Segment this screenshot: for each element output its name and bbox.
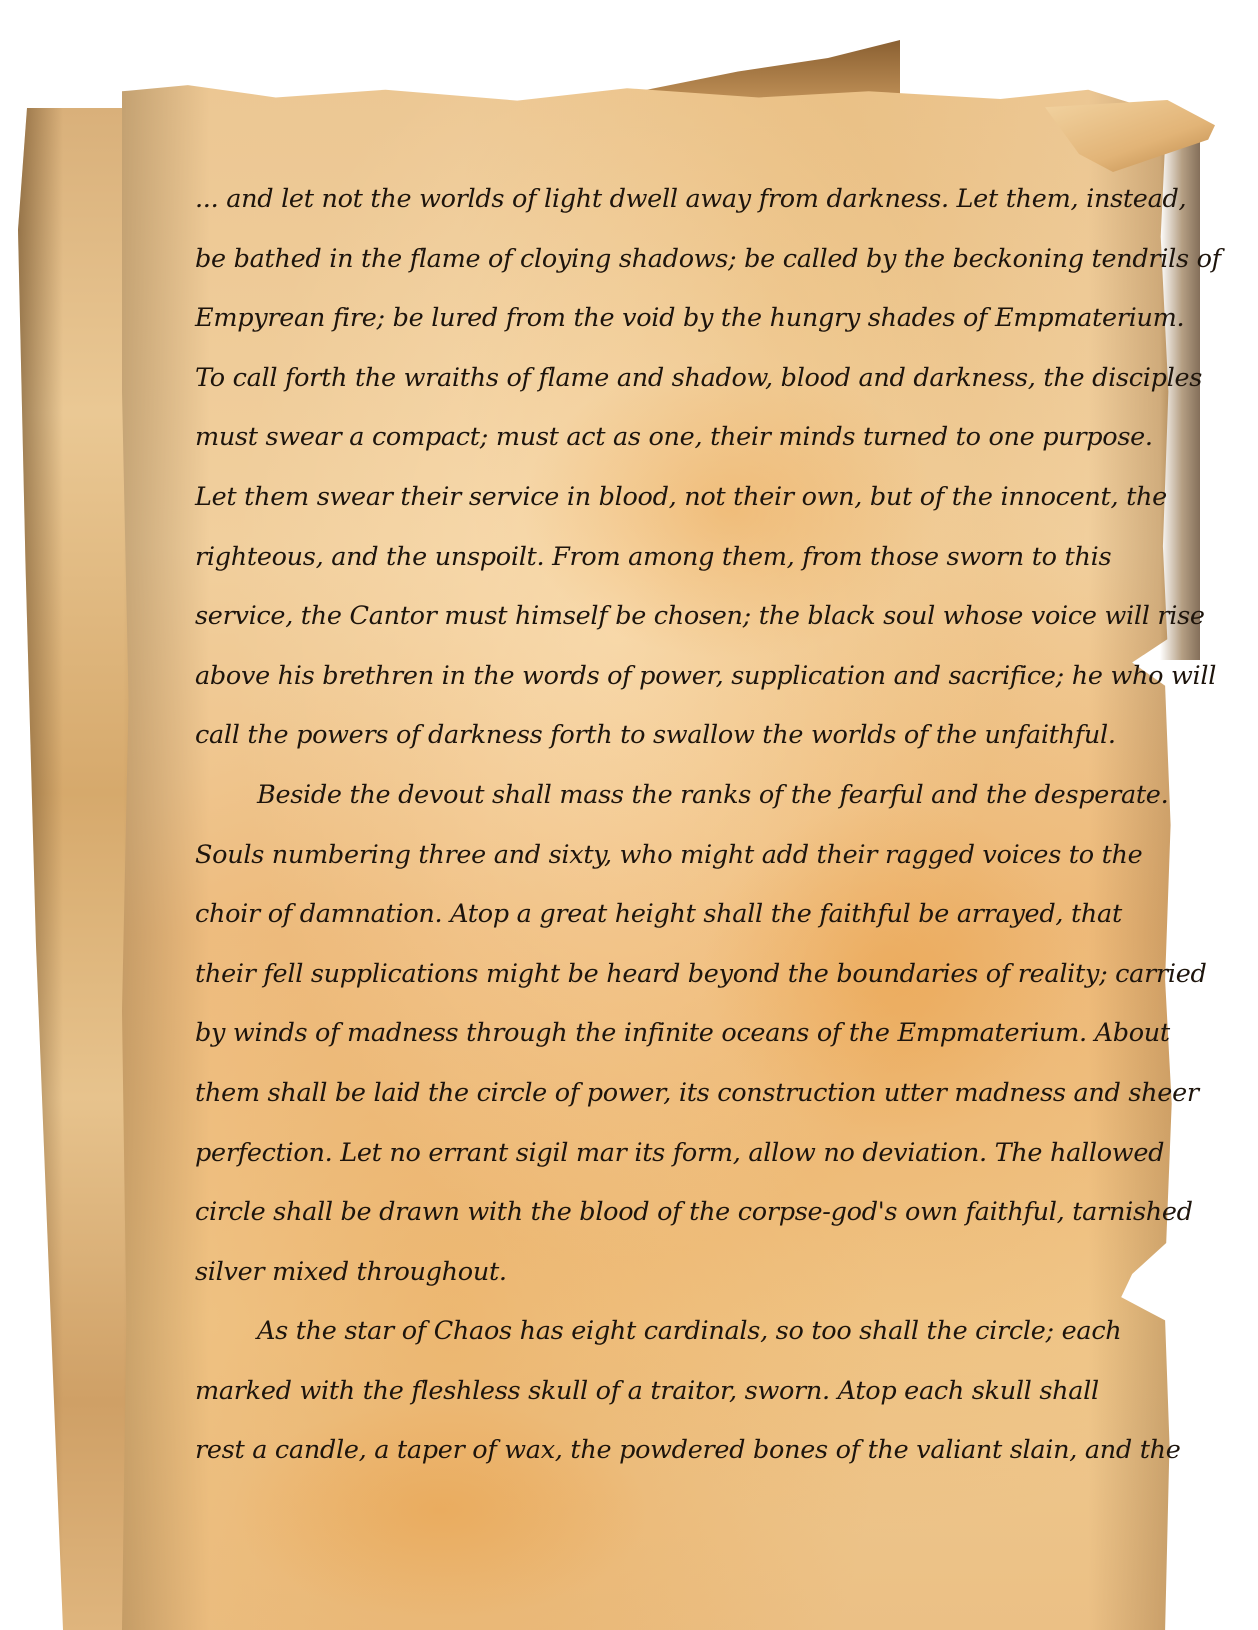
paragraph-3: As the star of Chaos has eight cardinals… [195,1302,1055,1481]
text-line: Empyrean fire; be lured from the void by… [195,289,1055,349]
text-line: Let them swear their service in blood, n… [195,468,1055,528]
text-line: ... and let not the worlds of light dwel… [195,170,1055,230]
text-line: call the powers of darkness forth to swa… [195,706,1055,766]
text-line: silver mixed throughout. [195,1243,1055,1303]
text-line: service, the Cantor must himself be chos… [195,587,1055,647]
text-line: their fell supplications might be heard … [195,945,1055,1005]
text-line: rest a candle, a taper of wax, the powde… [195,1421,1055,1481]
text-line: choir of damnation. Atop a great height … [195,885,1055,945]
text-line: Souls numbering three and sixty, who mig… [195,826,1055,886]
text-line: marked with the fleshless skull of a tra… [195,1362,1055,1422]
text-line: righteous, and the unspoilt. From among … [195,528,1055,588]
paragraph-1: ... and let not the worlds of light dwel… [195,170,1055,766]
text-line: To call forth the wraiths of flame and s… [195,349,1055,409]
text-line: be bathed in the flame of cloying shadow… [195,230,1055,290]
text-line: As the star of Chaos has eight cardinals… [195,1302,1055,1362]
text-line: above his brethren in the words of power… [195,647,1055,707]
text-line: must swear a compact; must act as one, t… [195,408,1055,468]
manuscript-scene: ... and let not the worlds of light dwel… [0,0,1258,1630]
text-line: circle shall be drawn with the blood of … [195,1183,1055,1243]
burnt-edge [1160,140,1200,660]
text-line: perfection. Let no errant sigil mar its … [195,1124,1055,1184]
manuscript-text: ... and let not the worlds of light dwel… [195,170,1055,1481]
paragraph-2: Beside the devout shall mass the ranks o… [195,766,1055,1302]
text-line: Beside the devout shall mass the ranks o… [195,766,1055,826]
text-line: them shall be laid the circle of power, … [195,1064,1055,1124]
text-line: by winds of madness through the infinite… [195,1004,1055,1064]
